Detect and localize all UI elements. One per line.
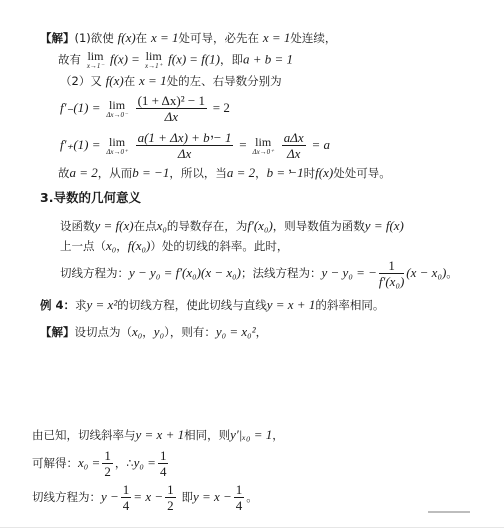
fraction: 12 [165,482,176,513]
fraction: aΔxΔx [282,130,306,161]
solution4-line1: 【解】设切点为（x₀，y₀），则有：y₀ = x₀²， [40,325,267,339]
solution4-line2: 由已知，切线斜率与y = x + 1相同，则y′|ₓ₀ = 1， [32,428,284,442]
fraction: 14 [234,482,245,513]
page-divider [0,527,504,528]
limit-right: limx→1⁺ [145,50,162,70]
fraction: 14 [121,482,132,513]
solution4-line3: 可解得：x₀ =12，∴y₀ =14 [32,448,170,479]
right-derivative: f′₊(1) = limΔx→0⁺ a(1 + Δx) + b − 1Δx = … [60,130,330,161]
left-derivative: f′₋(1) = limΔx→0⁻ (1 + Δx)² − 1Δx = 2 [60,93,230,124]
fraction: 12 [102,448,113,479]
section3-para1: 设函数y = f(x)在点x₀的导数存在，为f′(x₀)，则导数值为函数y = … [60,219,404,233]
example4: 例 4：求y = x²的切线方程，使此切线与直线y = x + 1的斜率相同。 [40,298,384,312]
solution1-line2: 故有 limx→1⁻ f(x) = limx→1⁺ f(x) = f(1)，即a… [58,50,293,70]
solution1-conclusion: 故a = 2，从而b = −1，所以，当a = 2，b = −1时f(x)处处可… [58,166,391,180]
fraction: (1 + Δx)² − 1Δx [136,93,207,124]
section-heading: 3.导数的几何意义 [40,191,141,205]
solution1-line3: （2）又 f(x)在 x = 1处的左、右导数分别为 [60,74,282,88]
fraction: a(1 + Δx) + b − 1Δx [136,130,234,161]
fraction: 1f′(x₀) [379,258,404,289]
solution1-line1: 【解】(1)欲使 f(x)在 x = 1处可导，必先在 x = 1处连续， [40,31,336,45]
fraction: 14 [158,448,169,479]
solution4-line4: 切线方程为：y −14= x −12 即y = x −14。 [32,482,258,513]
solution-label: 【解】 [40,31,75,45]
tangent-normal-equations: 切线方程为：y − y₀ = f′(x₀)(x − x₀)；法线方程为：y − … [60,258,458,289]
decorative-rule [428,511,470,513]
section3-para2: 上一点（x₀，f(x₀)）处的切线的斜率。此时， [60,239,288,253]
limit-left: limx→1⁻ [87,50,104,70]
